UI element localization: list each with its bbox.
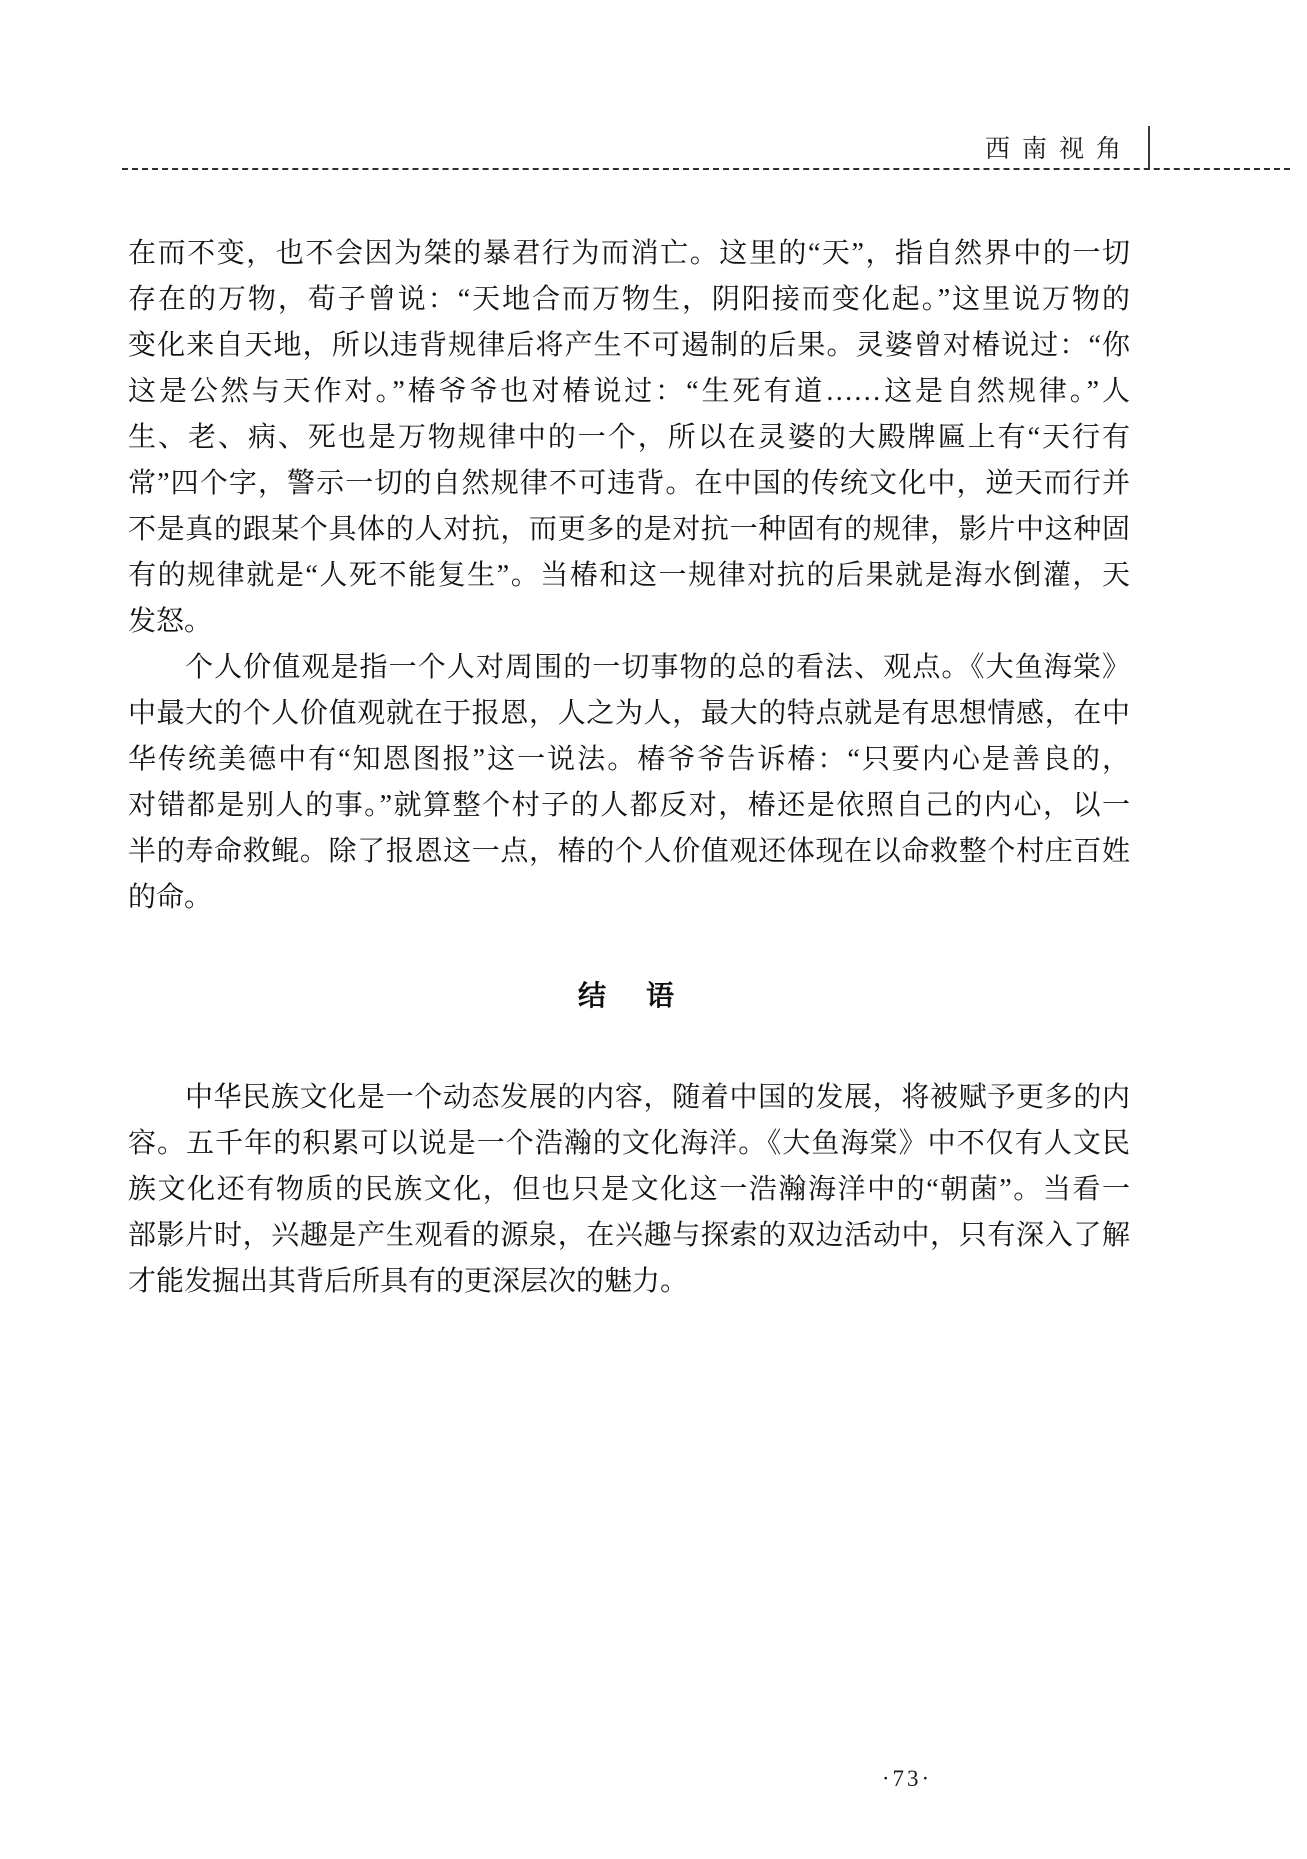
header-vertical-tick — [1148, 126, 1150, 170]
text-line: 中最大的个人价值观就在于报恩，人之为人，最大的特点就是有思想情感，在中 — [128, 691, 1130, 737]
text-line: 部影片时，兴趣是产生观看的源泉，在兴趣与探索的双边活动中，只有深入了解 — [128, 1213, 1130, 1259]
running-header-title: 西南视角 — [985, 129, 1133, 165]
text-line: 的命。 — [128, 875, 1130, 921]
body-text-block: 在而不变，也不会因为桀的暴君行为而消亡。这里的“天”，指自然界中的一切 存在的万… — [128, 231, 1130, 1305]
page-number: ·73· — [757, 1766, 1057, 1792]
header-dashed-rule — [122, 168, 1290, 170]
text-line: 对错都是别人的事。”就算整个村子的人都反对，椿还是依照自己的内心，以一 — [128, 783, 1130, 829]
section-heading-conclusion: 结 语 — [128, 973, 1130, 1019]
text-line: 个人价值观是指一个人对周围的一切事物的总的看法、观点。《大鱼海棠》 — [128, 645, 1130, 691]
paragraph: 个人价值观是指一个人对周围的一切事物的总的看法、观点。《大鱼海棠》 中最大的个人… — [128, 645, 1130, 921]
text-line: 存在的万物，荀子曾说：“天地合而万物生，阴阳接而变化起。”这里说万物的 — [128, 277, 1130, 323]
text-line: 不是真的跟某个具体的人对抗，而更多的是对抗一种固有的规律，影片中这种固 — [128, 507, 1130, 553]
text-line: 才能发掘出其背后所具有的更深层次的魅力。 — [128, 1259, 1130, 1305]
text-line: 在而不变，也不会因为桀的暴君行为而消亡。这里的“天”，指自然界中的一切 — [128, 231, 1130, 277]
text-line: 中华民族文化是一个动态发展的内容，随着中国的发展，将被赋予更多的内 — [128, 1075, 1130, 1121]
text-line: 容。五千年的积累可以说是一个浩瀚的文化海洋。《大鱼海棠》中不仅有人文民 — [128, 1121, 1130, 1167]
text-line: 有的规律就是“人死不能复生”。当椿和这一规律对抗的后果就是海水倒灌，天 — [128, 553, 1130, 599]
text-line: 半的寿命救鲲。除了报恩这一点，椿的个人价值观还体现在以命救整个村庄百姓 — [128, 829, 1130, 875]
paragraph: 在而不变，也不会因为桀的暴君行为而消亡。这里的“天”，指自然界中的一切 存在的万… — [128, 231, 1130, 645]
text-line: 变化来自天地，所以违背规律后将产生不可遏制的后果。灵婆曾对椿说过：“你 — [128, 323, 1130, 369]
document-page: 西南视角 在而不变，也不会因为桀的暴君行为而消亡。这里的“天”，指自然界中的一切… — [0, 0, 1307, 1859]
text-line: 常”四个字，警示一切的自然规律不可违背。在中国的传统文化中，逆天而行并 — [128, 461, 1130, 507]
text-line: 发怒。 — [128, 599, 1130, 645]
text-line: 华传统美德中有“知恩图报”这一说法。椿爷爷告诉椿：“只要内心是善良的， — [128, 737, 1130, 783]
text-line: 这是公然与天作对。”椿爷爷也对椿说过：“生死有道……这是自然规律。”人 — [128, 369, 1130, 415]
text-line: 族文化还有物质的民族文化，但也只是文化这一浩瀚海洋中的“朝菌”。当看一 — [128, 1167, 1130, 1213]
paragraph: 中华民族文化是一个动态发展的内容，随着中国的发展，将被赋予更多的内 容。五千年的… — [128, 1075, 1130, 1305]
text-line: 生、老、病、死也是万物规律中的一个，所以在灵婆的大殿牌匾上有“天行有 — [128, 415, 1130, 461]
